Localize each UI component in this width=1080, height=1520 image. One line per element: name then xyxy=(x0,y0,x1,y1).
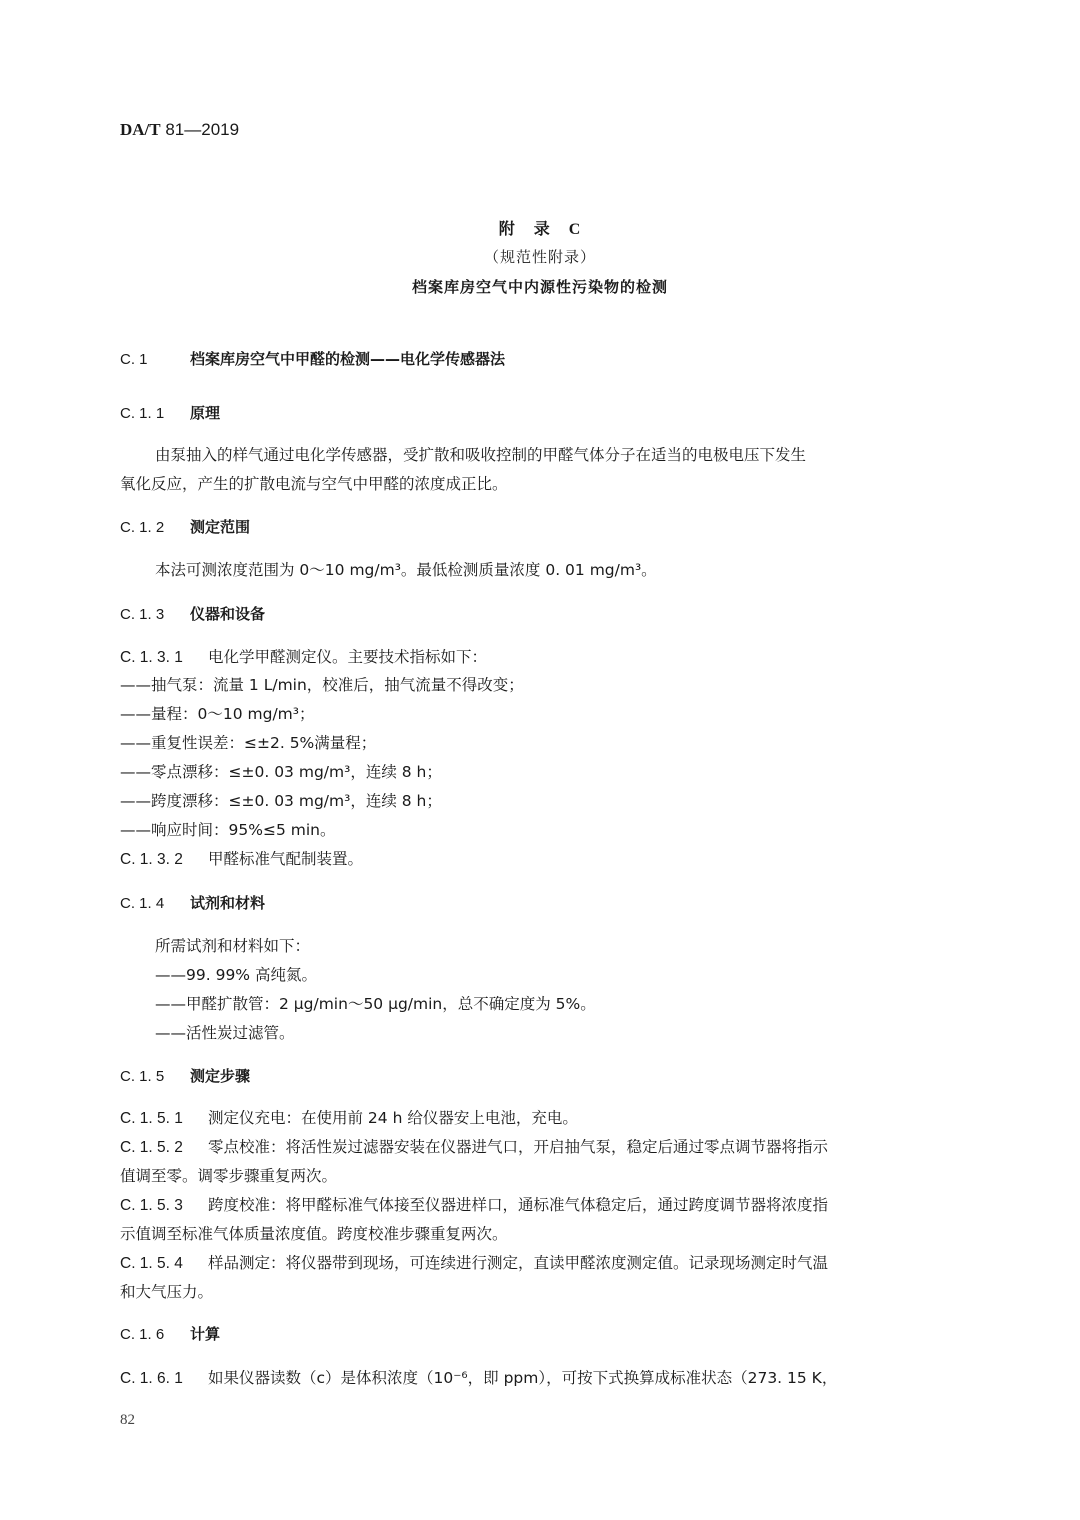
subsection-number: C. 1. 5. 2 xyxy=(120,1139,208,1157)
list-item: ——响应时间：95%≤5 min。 xyxy=(120,818,335,840)
doc-code-number: 81—2019 xyxy=(161,120,239,139)
subsection-number: C. 1. 3. 2 xyxy=(120,851,208,869)
document-code: DA/T 81—2019 xyxy=(120,120,239,140)
section-heading-c12: C. 1. 2测定范围 xyxy=(120,516,250,537)
subsection-text: 测定仪充电：在使用前 24 h 给仪器安上电池，充电。 xyxy=(208,1109,578,1127)
subsection-text: 甲醛标准气配制装置。 xyxy=(208,850,363,868)
paragraph-line: 和大气压力。 xyxy=(120,1280,213,1302)
list-item: ——抽气泵：流量 1 L/min，校准后，抽气流量不得改变； xyxy=(120,673,524,695)
section-number: C. 1. 3 xyxy=(120,606,190,623)
section-heading-c13: C. 1. 3仪器和设备 xyxy=(120,603,265,624)
section-heading-c15: C. 1. 5测定步骤 xyxy=(120,1065,250,1086)
section-title: 计算 xyxy=(190,1325,220,1343)
subsection-c154: C. 1. 5. 4样品测定：将仪器带到现场，可连续进行测定，直读甲醛浓度测定值… xyxy=(120,1251,828,1273)
list-item: ——跨度漂移：≤±0. 03 mg/m³，连续 8 h； xyxy=(120,789,442,811)
subsection-c153: C. 1. 5. 3跨度校准：将甲醛标准气体接至仪器进样口，通标准气体稳定后，通… xyxy=(120,1193,828,1215)
list-item: ——甲醛扩散管：2 μg/min～50 μg/min，总不确定度为 5%。 xyxy=(155,992,596,1014)
section-heading-c11: C. 1. 1原理 xyxy=(120,402,220,423)
paragraph: 本法可测浓度范围为 0～10 mg/m³。最低检测质量浓度 0. 01 mg/m… xyxy=(155,558,657,580)
document-page: DA/T 81—2019 附录C （规范性附录） 档案库房空气中内源性污染物的检… xyxy=(0,0,1080,1520)
section-number: C. 1. 4 xyxy=(120,895,190,912)
subsection-c161: C. 1. 6. 1如果仪器读数（c）是体积浓度（10⁻⁶，即 ppm），可按下… xyxy=(120,1366,837,1388)
paragraph-line: 由泵抽入的样气通过电化学传感器，受扩散和吸收控制的甲醛气体分子在适当的电极电压下… xyxy=(155,443,806,465)
subsection-text: 零点校准：将活性炭过滤器安装在仪器进气口，开启抽气泵，稳定后通过零点调节器将指示 xyxy=(208,1138,828,1156)
appendix-letter: C xyxy=(569,221,582,238)
subsection-c132: C. 1. 3. 2甲醛标准气配制装置。 xyxy=(120,847,363,869)
subsection-number: C. 1. 6. 1 xyxy=(120,1370,208,1388)
subsection-text: 电化学甲醛测定仪。主要技术指标如下： xyxy=(208,648,487,666)
list-item: ——零点漂移：≤±0. 03 mg/m³，连续 8 h； xyxy=(120,760,442,782)
section-number: C. 1. 5 xyxy=(120,1068,190,1085)
subsection-text: 样品测定：将仪器带到现场，可连续进行测定，直读甲醛浓度测定值。记录现场测定时气温 xyxy=(208,1254,828,1272)
section-number: C. 1. 2 xyxy=(120,519,190,536)
appendix-title-part: 录 xyxy=(534,219,551,238)
paragraph-line: 示值调至标准气体质量浓度值。跨度校准步骤重复两次。 xyxy=(120,1222,508,1244)
paragraph: 所需试剂和材料如下： xyxy=(155,934,310,956)
paragraph-line: 氧化反应，产生的扩散电流与空气中甲醛的浓度成正比。 xyxy=(120,472,508,494)
subsection-number: C. 1. 5. 1 xyxy=(120,1110,208,1128)
subsection-number: C. 1. 5. 4 xyxy=(120,1255,208,1273)
subsection-c151: C. 1. 5. 1测定仪充电：在使用前 24 h 给仪器安上电池，充电。 xyxy=(120,1106,578,1128)
appendix-subtitle: （规范性附录） xyxy=(0,246,1080,267)
section-title: 测定范围 xyxy=(190,518,250,536)
list-item: ——量程：0～10 mg/m³； xyxy=(120,702,315,724)
section-title: 仪器和设备 xyxy=(190,605,265,623)
subsection-number: C. 1. 5. 3 xyxy=(120,1197,208,1215)
section-heading-c1: C. 1档案库房空气中甲醛的检测——电化学传感器法 xyxy=(120,348,505,369)
list-item: ——99. 99% 高纯氮。 xyxy=(155,963,317,985)
subsection-c131: C. 1. 3. 1电化学甲醛测定仪。主要技术指标如下： xyxy=(120,645,487,667)
subsection-number: C. 1. 3. 1 xyxy=(120,649,208,667)
section-title: 测定步骤 xyxy=(190,1067,250,1085)
list-item: ——重复性误差：≤±2. 5%满量程； xyxy=(120,731,376,753)
appendix-title: 附录C xyxy=(0,216,1080,239)
page-number: 82 xyxy=(120,1412,135,1429)
list-item: ——活性炭过滤管。 xyxy=(155,1021,295,1043)
appendix-title-part: 附 xyxy=(499,219,516,238)
subsection-c152: C. 1. 5. 2零点校准：将活性炭过滤器安装在仪器进气口，开启抽气泵，稳定后… xyxy=(120,1135,828,1157)
section-title: 试剂和材料 xyxy=(190,894,265,912)
appendix-name: 档案库房空气中内源性污染物的检测 xyxy=(0,276,1080,297)
section-title: 原理 xyxy=(190,404,220,422)
paragraph-line: 值调至零。调零步骤重复两次。 xyxy=(120,1164,337,1186)
section-heading-c16: C. 1. 6计算 xyxy=(120,1323,220,1344)
section-heading-c14: C. 1. 4试剂和材料 xyxy=(120,892,265,913)
section-number: C. 1 xyxy=(120,351,190,368)
section-number: C. 1. 6 xyxy=(120,1326,190,1343)
subsection-text: 跨度校准：将甲醛标准气体接至仪器进样口，通标准气体稳定后，通过跨度调节器将浓度指 xyxy=(208,1196,828,1214)
section-title: 档案库房空气中甲醛的检测——电化学传感器法 xyxy=(190,350,505,368)
doc-code-prefix: DA/T xyxy=(120,120,161,139)
section-number: C. 1. 1 xyxy=(120,405,190,422)
subsection-text: 如果仪器读数（c）是体积浓度（10⁻⁶，即 ppm），可按下式换算成标准状态（2… xyxy=(208,1369,837,1387)
